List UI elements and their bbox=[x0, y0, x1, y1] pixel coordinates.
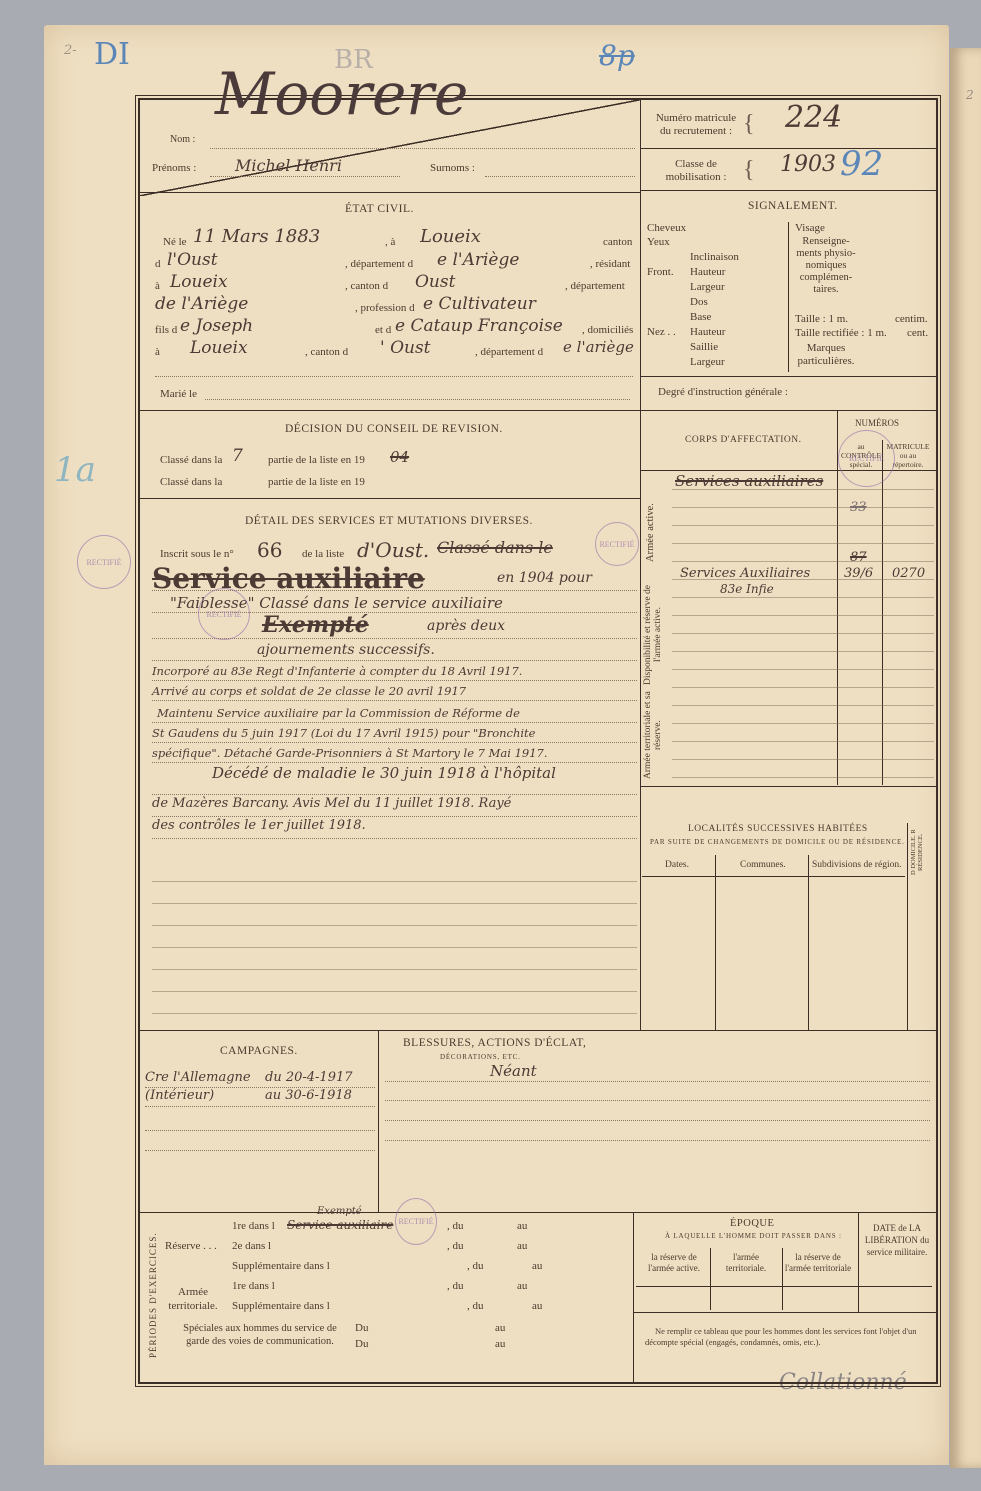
residence-department: de l'Ariège bbox=[155, 294, 248, 314]
classe-dans-label: Classé dans la bbox=[160, 454, 222, 466]
service-line: spécifique". Détaché Garde-Prisonniers à… bbox=[152, 746, 637, 766]
nom-label: Nom : bbox=[170, 134, 195, 145]
margin-note-small: 2- bbox=[64, 43, 77, 58]
classe-blue-note: 92 bbox=[840, 144, 883, 184]
speciales-du-1: Du bbox=[355, 1322, 368, 1334]
liste-value: d'Oust. bbox=[357, 538, 429, 562]
periode-label: 1re dans l bbox=[232, 1220, 275, 1232]
section-territoriale: Armée territoriale et sa réserve. bbox=[643, 685, 669, 785]
birth-department: e l'Ariège bbox=[437, 250, 519, 270]
epoque-subtitle: À LAQUELLE L'HOMME DOIT PASSER DANS : bbox=[665, 1232, 842, 1240]
partie-label-2: partie de la liste en 19 bbox=[268, 476, 365, 488]
au-label: au bbox=[532, 1300, 542, 1312]
rectifie-stamp: RECTIFIÉ bbox=[838, 430, 895, 487]
inscrit-number: 66 bbox=[257, 538, 282, 562]
services-block: Inscrit sous le n° 66 de la liste d'Oust… bbox=[152, 540, 637, 840]
periodes-label: PÉRIODES D'EXERCICES. bbox=[148, 1220, 158, 1370]
du-label: , du bbox=[447, 1280, 464, 1292]
du-label: , du bbox=[447, 1240, 464, 1252]
campagne-row: (Intérieur) au 30-6-1918 bbox=[145, 1088, 375, 1108]
parents-canton: ' Oust bbox=[380, 338, 431, 358]
service-line-text: spécifique". Détaché Garde-Prisonniers à… bbox=[152, 746, 548, 760]
campagne-label: Cre l'Allemagne bbox=[145, 1070, 251, 1085]
col-dates: Dates. bbox=[665, 860, 689, 870]
campagne-label: (Intérieur) bbox=[145, 1088, 214, 1103]
corps-ruling bbox=[672, 472, 934, 784]
numeros-title: NUMÉROS bbox=[855, 418, 899, 428]
front-hauteur: Hauteur bbox=[690, 266, 725, 278]
corps-title: CORPS D'AFFECTATION. bbox=[685, 435, 802, 445]
brace: { bbox=[743, 158, 755, 182]
profession-label: , profession d bbox=[355, 302, 415, 314]
classe-dans-label-2: Classé dans la bbox=[160, 476, 222, 488]
classe-label: Classe de mobilisation : bbox=[652, 158, 740, 184]
section-disponibilite: Disponibilité et réserve de l'armée acti… bbox=[643, 585, 669, 685]
campagne-date: au 30-6-1918 bbox=[265, 1088, 352, 1103]
col-subdivisions: Subdivisions de région. bbox=[812, 860, 901, 870]
du-label: , du bbox=[447, 1220, 464, 1232]
rectifie-stamp: RECTIFIÉ bbox=[77, 535, 131, 589]
marie-label: Marié le bbox=[160, 388, 197, 400]
a-label: , à bbox=[385, 236, 395, 248]
service-line: de Mazères Barcany. Avis Mel du 11 juill… bbox=[152, 796, 637, 818]
service-line: Arrivé au corps et soldat de 2e classe l… bbox=[152, 684, 637, 704]
nez-label: Nez . . bbox=[647, 326, 676, 338]
periode-label: Supplémentaire dans l bbox=[232, 1260, 330, 1272]
visage-label: Visage bbox=[795, 222, 825, 234]
epoque-note: Ne remplir ce tableau que pour les homme… bbox=[645, 1326, 925, 1348]
rectifie-stamp: RECTIFIÉ bbox=[395, 1198, 437, 1245]
year-value: 04 bbox=[390, 448, 409, 466]
birth-date: 11 Mars 1883 bbox=[193, 226, 320, 247]
service-line-text: St Gaudens du 5 juin 1917 (Loi du 17 Avr… bbox=[152, 726, 535, 740]
nez-largeur: Largeur bbox=[690, 356, 725, 368]
taille-rectifiee-label: Taille rectifiée : 1 m. bbox=[795, 327, 887, 339]
parents-department: e l'ariège bbox=[563, 338, 634, 356]
blessures-title: BLESSURES, ACTIONS D'ÉCLAT, bbox=[403, 1037, 586, 1049]
service-line-text: Arrivé au corps et soldat de 2e classe l… bbox=[152, 684, 466, 698]
nez-hauteur: Hauteur bbox=[690, 326, 725, 338]
periode-value: Service auxiliaire bbox=[287, 1218, 393, 1232]
nez-saillie: Saillie bbox=[690, 341, 718, 353]
rectifie-stamp: RECTIFIÉ bbox=[198, 588, 250, 640]
domicile-residence-label: D DOMICILE. R RÉSIDENCE. bbox=[910, 825, 930, 880]
periode-row: Supplémentaire dans l , du au bbox=[232, 1258, 632, 1278]
domicile-dept-label: , département d bbox=[475, 346, 543, 358]
service-line: Incorporé au 83e Regt d'Infanterie à com… bbox=[152, 664, 637, 684]
etat-civil-title: ÉTAT CIVIL. bbox=[345, 203, 414, 215]
classe-value: 1903 bbox=[780, 152, 836, 177]
brace: { bbox=[743, 112, 755, 136]
corps-entry-1: Services auxiliaires bbox=[675, 472, 823, 490]
canton-d-label: , canton d bbox=[305, 346, 348, 358]
margin-note-di: DI bbox=[94, 37, 130, 72]
next-page-number: 2 bbox=[966, 88, 974, 102]
birth-place: Loueix bbox=[420, 226, 481, 247]
nez-dos: Dos bbox=[690, 296, 708, 308]
blessures-value: Néant bbox=[490, 1062, 537, 1080]
residant-label: , résidant bbox=[590, 258, 630, 270]
matricule-entry-2: 0270 bbox=[892, 566, 925, 581]
birth-canton: l'Oust bbox=[167, 250, 218, 270]
departement-label: , département d bbox=[345, 258, 413, 270]
territoriale-label: Armée territoriale. bbox=[168, 1285, 218, 1313]
cheveux-label: Cheveux bbox=[647, 222, 686, 234]
stamp-text: RECTIFIÉ bbox=[849, 454, 884, 463]
taille-label: Taille : 1 m. bbox=[795, 313, 848, 325]
service-line-text: des contrôles le 1er juillet 1918. bbox=[152, 818, 366, 833]
departement2-label: , département bbox=[565, 280, 625, 292]
epoque-col-1: la réserve de l'armée active. bbox=[640, 1252, 708, 1274]
speciales-au-1: au bbox=[495, 1322, 505, 1334]
front-label: Front. bbox=[647, 266, 674, 278]
nez-base: Base bbox=[690, 311, 711, 323]
profession: e Cultivateur bbox=[423, 294, 536, 314]
reserve-label: Réserve . . . bbox=[165, 1240, 217, 1252]
periode-row: 2e dans l , du au bbox=[232, 1238, 632, 1258]
liberation-date-title: DATE de LA LIBÉRATION du service militai… bbox=[862, 1222, 932, 1258]
col-communes: Communes. bbox=[740, 860, 786, 870]
service-line: Décédé de maladie le 30 juin 1918 à l'hô… bbox=[152, 768, 637, 796]
au-label: au bbox=[532, 1260, 542, 1272]
au-label: au bbox=[517, 1240, 527, 1252]
service-line: St Gaudens du 5 juin 1917 (Loi du 17 Avr… bbox=[152, 726, 637, 746]
prenoms-label: Prénoms : bbox=[152, 162, 196, 174]
stamp-text: RECTIFIÉ bbox=[206, 610, 241, 619]
prenoms-value: Michel Henri bbox=[235, 156, 342, 175]
yeux-label: Yeux bbox=[647, 236, 670, 248]
periode-note: Exempté bbox=[317, 1206, 362, 1217]
service-line-suffix: après deux bbox=[427, 618, 505, 634]
service-line-text: ajournements successifs. bbox=[257, 642, 435, 658]
fils-label: fils d bbox=[155, 324, 177, 336]
speciales-label: Spéciales aux hommes du service de garde… bbox=[180, 1322, 340, 1348]
domicilies-label: , domiciliés bbox=[582, 324, 633, 336]
stamp-text: RECTIFIÉ bbox=[398, 1217, 433, 1226]
margin-note-8p: 8p bbox=[599, 39, 635, 72]
partie-value: 7 bbox=[232, 446, 243, 466]
liste-label: de la liste bbox=[302, 548, 344, 560]
rectifie-stamp: RECTIFIÉ bbox=[595, 522, 639, 566]
taille-rectifiee-unit: cent. bbox=[907, 327, 928, 339]
conseil-title: DÉCISION DU CONSEIL DE REVISION. bbox=[285, 423, 503, 435]
deces-line: Décédé de maladie le 30 juin 1918 à l'hô… bbox=[212, 764, 556, 782]
periode-row: 1re dans l , du au bbox=[232, 1278, 632, 1298]
localites-title: LOCALITÉS SUCCESSIVES HABITÉES bbox=[688, 824, 868, 834]
signalement-title: SIGNALEMENT. bbox=[748, 200, 838, 212]
liste-struck: Classé dans le bbox=[437, 538, 553, 557]
service-line: Maintenu Service auxiliaire par la Commi… bbox=[152, 706, 637, 726]
controle-entry-2: 39/6 bbox=[844, 566, 873, 581]
ne-le-label: Né le bbox=[163, 236, 187, 248]
du-label: , du bbox=[467, 1300, 484, 1312]
service-line: des contrôles le 1er juillet 1918. bbox=[152, 818, 637, 840]
mother-name: e Cataup Françoise bbox=[395, 316, 563, 336]
section-armee-active: Armée active. bbox=[645, 478, 656, 588]
signalement-block: Cheveux Yeux Front. Inclinaison Hauteur … bbox=[645, 222, 933, 382]
service-line-suffix: en 1904 pour bbox=[497, 570, 592, 586]
adjacent-page: 2 bbox=[950, 48, 981, 1468]
localites-subtitle: PAR SUITE DE CHANGEMENTS DE DOMICILE OU … bbox=[650, 838, 905, 846]
parents-domicile: Loueix bbox=[190, 338, 248, 358]
epoque-col-3: la réserve de l'armée territoriale bbox=[784, 1252, 852, 1274]
renseignements-label: Renseigne- ments physio- nomiques complé… bbox=[795, 236, 857, 296]
residence-place: Loueix bbox=[170, 272, 228, 292]
residence-canton: Oust bbox=[415, 272, 455, 292]
stamp-text: RECTIFIÉ bbox=[86, 558, 121, 567]
stamp-text: RECTIFIÉ bbox=[599, 540, 634, 549]
controle-entry-1: 33 bbox=[850, 500, 867, 515]
margin-note-1a: 1a bbox=[54, 450, 96, 490]
matricule-value: 224 bbox=[785, 100, 842, 135]
services-title: DÉTAIL DES SERVICES ET MUTATIONS DIVERSE… bbox=[245, 515, 533, 527]
controle-old-entry-2: 87 bbox=[850, 550, 867, 565]
epoque-title: ÉPOQUE bbox=[730, 1218, 774, 1229]
periode-label: 2e dans l bbox=[232, 1240, 271, 1252]
partie-label: partie de la liste en 19 bbox=[268, 454, 365, 466]
taille-unit: centim. bbox=[895, 313, 928, 325]
campagnes-title: CAMPAGNES. bbox=[220, 1045, 298, 1057]
service-line-text: de Mazères Barcany. Avis Mel du 11 juill… bbox=[152, 796, 511, 811]
marques-label: Marques particulières. bbox=[795, 342, 857, 368]
service-line-text: Maintenu Service auxiliaire par la Commi… bbox=[157, 706, 520, 720]
corps-entry-2b: 83e Infie bbox=[720, 582, 774, 596]
blessures-subtitle: DÉCORATIONS, ETC. bbox=[440, 1053, 521, 1061]
degre-instruction-label: Degré d'instruction générale : bbox=[658, 386, 788, 398]
corps-entry-2: Services Auxiliaires bbox=[680, 566, 810, 581]
inscrit-label: Inscrit sous le n° bbox=[160, 548, 234, 560]
periode-label: Supplémentaire dans l bbox=[232, 1300, 330, 1312]
service-line-text: Incorporé au 83e Regt d'Infanterie à com… bbox=[152, 664, 522, 678]
periode-row: Supplémentaire dans l , du au bbox=[232, 1298, 632, 1318]
epoque-col-2: l'armée territoriale. bbox=[712, 1252, 780, 1274]
speciales-du-2: Du bbox=[355, 1338, 368, 1350]
front-inclinaison: Inclinaison bbox=[690, 251, 739, 263]
matricule-form: Moorere Nom : Prénoms : Michel Henri Sur… bbox=[138, 98, 938, 1384]
surnoms-label: Surnoms : bbox=[430, 162, 475, 174]
services-blank-lines bbox=[152, 860, 637, 1030]
au-label: au bbox=[517, 1280, 527, 1292]
service-line-text: Exempté bbox=[262, 612, 369, 638]
speciales-au-2: au bbox=[495, 1338, 505, 1350]
periode-label: 1re dans l bbox=[232, 1280, 275, 1292]
canton-d-label: , canton d bbox=[345, 280, 388, 292]
du-label: , du bbox=[467, 1260, 484, 1272]
canton-label: canton bbox=[603, 236, 632, 248]
mere-label: et d bbox=[375, 324, 391, 336]
au-label: au bbox=[517, 1220, 527, 1232]
father-name: e Joseph bbox=[180, 316, 253, 336]
campagne-date: du 20-4-1917 bbox=[265, 1070, 353, 1085]
matricule-label: Numéro matricule du recrutement : bbox=[652, 112, 740, 138]
front-largeur: Largeur bbox=[690, 281, 725, 293]
